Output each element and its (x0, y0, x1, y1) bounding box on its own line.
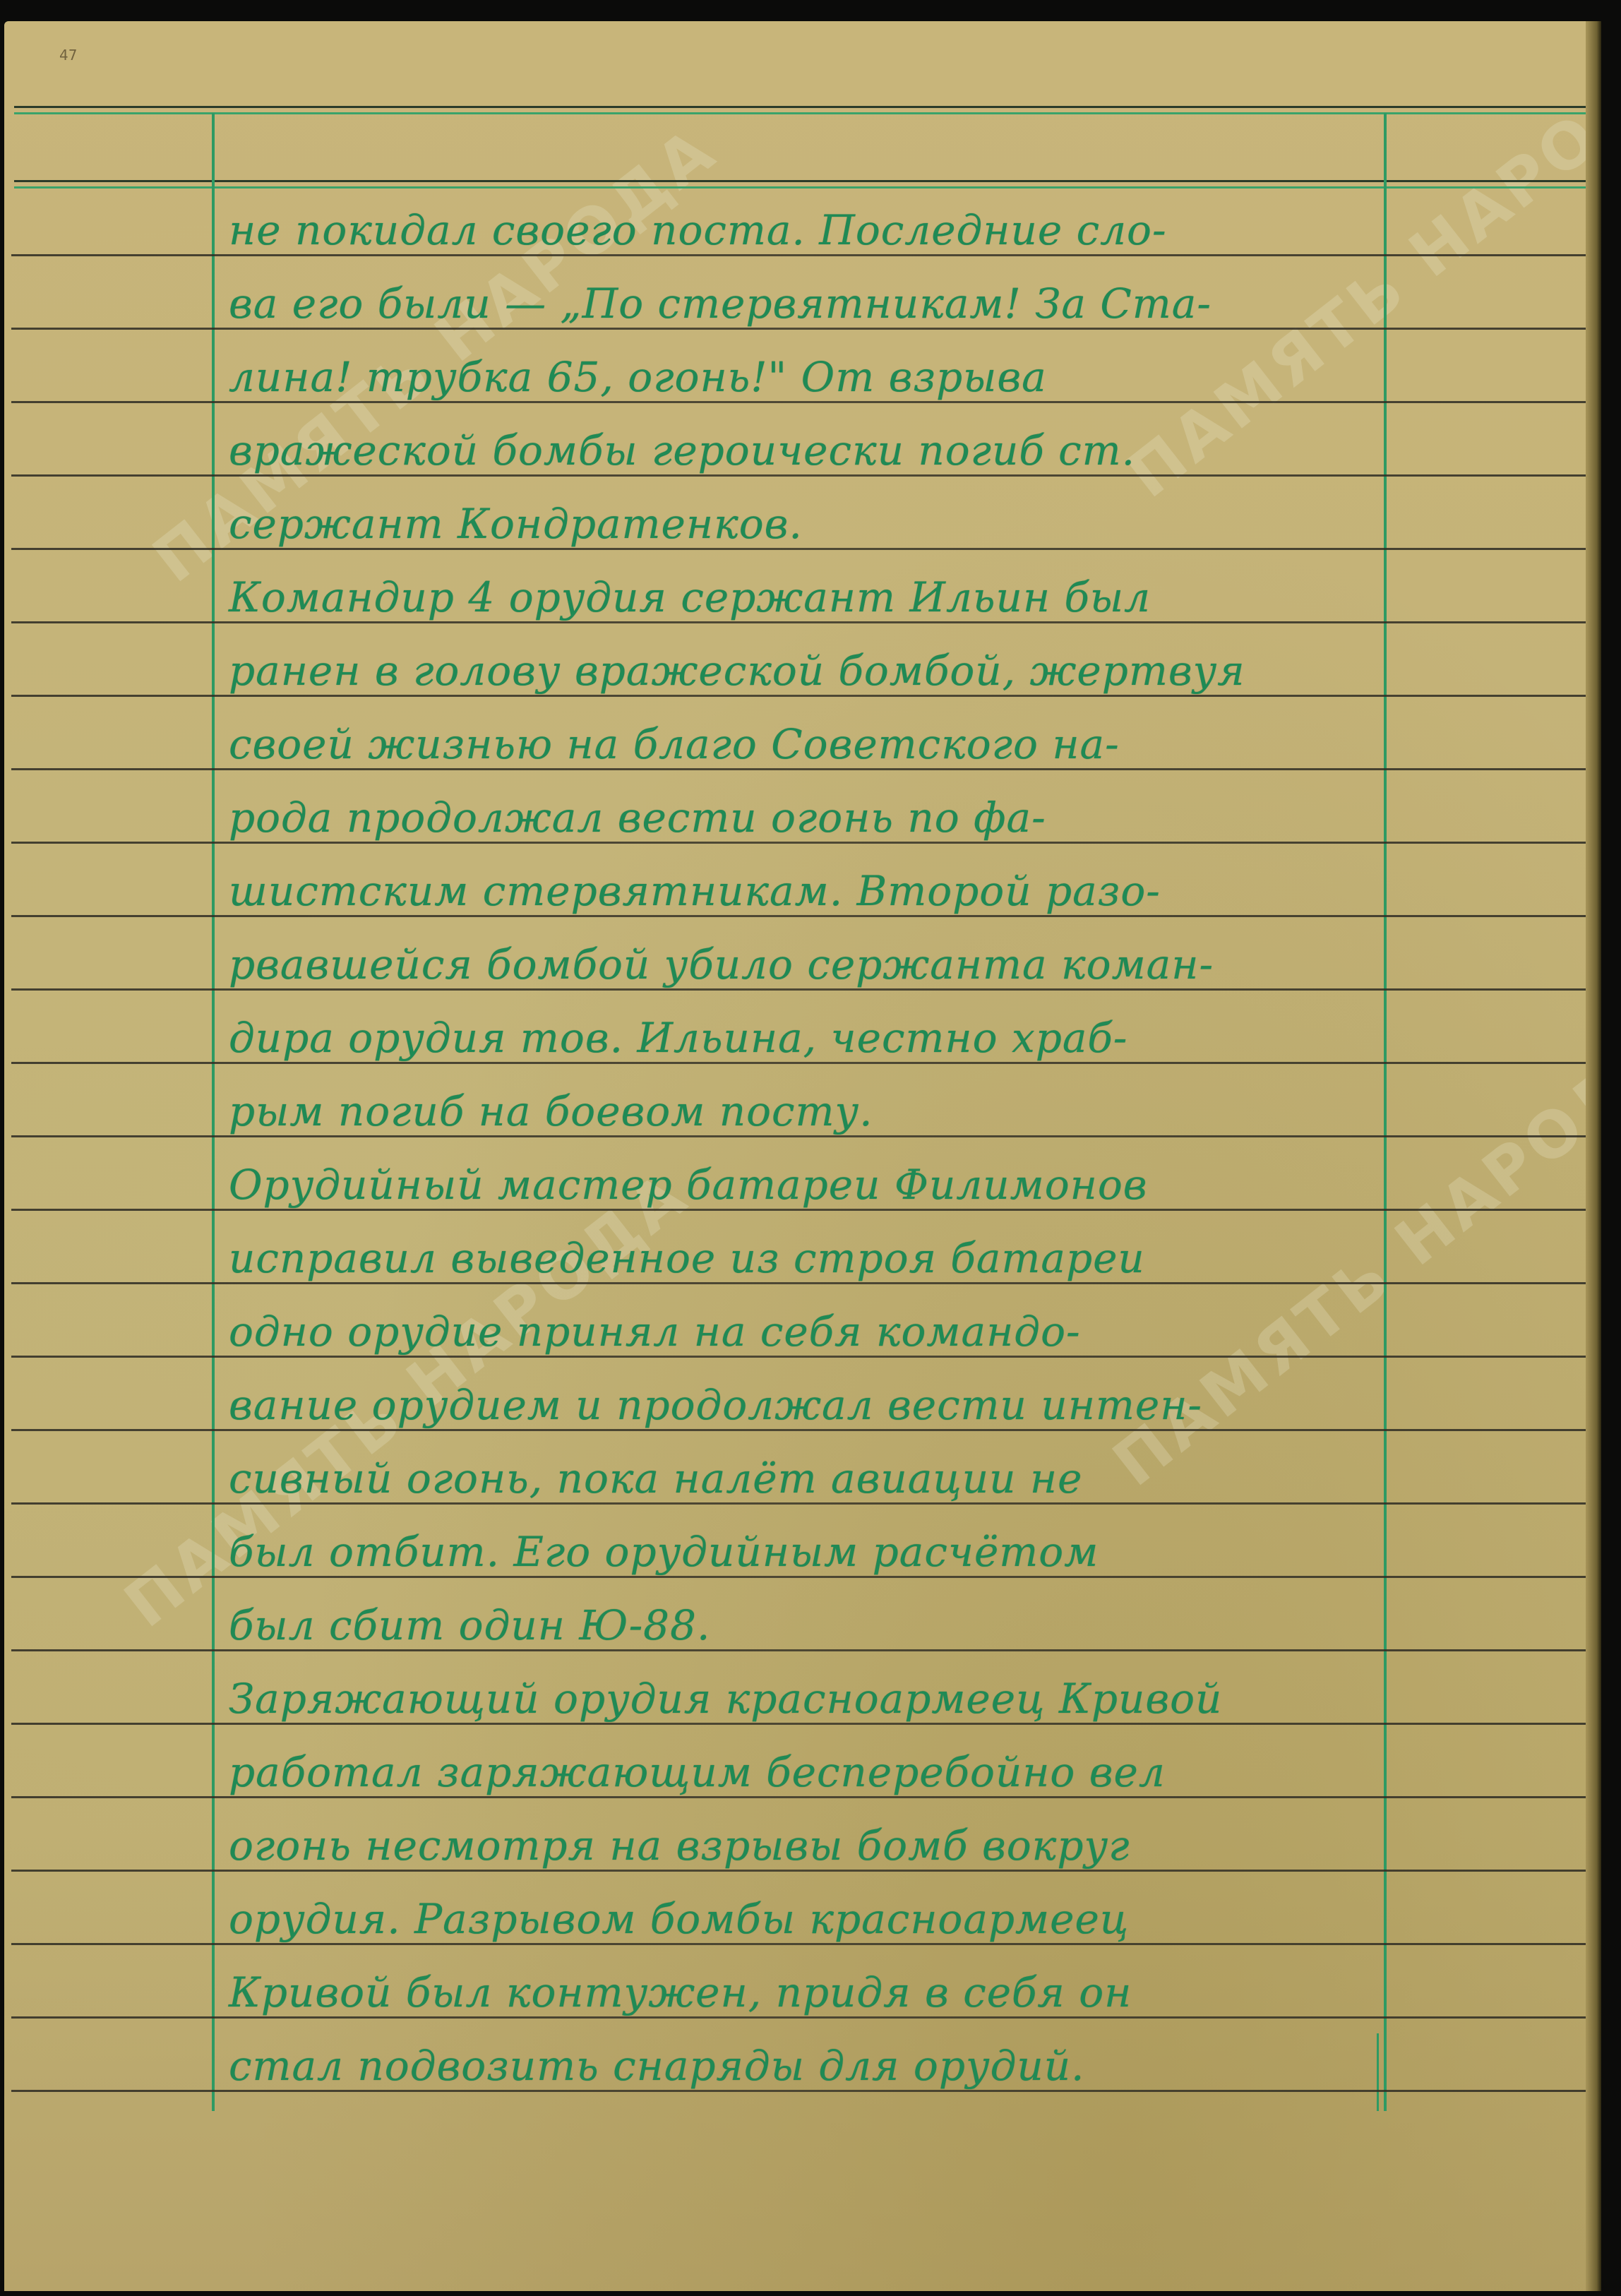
text-line: огонь несмотря на взрывы бомб вокруг (229, 1817, 1387, 1874)
text-line: шистским стервятникам. Второй разо- (229, 863, 1387, 919)
text-line: дира орудия тов. Ильина, честно храб- (229, 1010, 1387, 1066)
text-line: вражеской бомбы героически погиб ст. (229, 422, 1387, 479)
text-line: Кривой был контужен, придя в себя он (229, 1964, 1387, 2021)
text-line: своей жизнью на благо Советского на- (229, 716, 1387, 772)
text-line: был сбит один Ю-88. (229, 1597, 1387, 1654)
text-line: Командир 4 орудия сержант Ильин был (229, 569, 1387, 626)
text-line: стал подвозить снаряды для орудий. (229, 2038, 1387, 2094)
text-line: работал заряжающим бесперебойно вел (229, 1744, 1387, 1800)
text-line: вание орудием и продолжал вести интен- (229, 1377, 1387, 1433)
header-rule-bottom (14, 180, 1586, 182)
header-rule-top (14, 106, 1586, 108)
text-line: не покидал своего поста. Последние сло- (229, 202, 1387, 258)
text-line: ранен в голову вражеской бомбой, жертвуя (229, 642, 1387, 699)
text-line: лина! трубка 65, огонь!" От взрыва (229, 349, 1387, 405)
document-page: 47 ПАМЯТЬ НАРОДА ПАМЯТЬ НАРОДА ПАМЯТЬ НА… (4, 21, 1601, 2291)
page-edge (1586, 21, 1601, 2291)
page-number-mark: 47 (59, 47, 77, 64)
text-line: был отбит. Его орудийным расчётом (229, 1524, 1387, 1580)
text-line: сержант Кондратенков. (229, 496, 1387, 552)
text-line: сивный огонь, пока налёт авиации не (229, 1450, 1387, 1507)
text-line: рода продолжал вести огонь по фа- (229, 789, 1387, 846)
text-line: рым погиб на боевом посту. (229, 1083, 1387, 1140)
text-line: одно орудие принял на себя командо- (229, 1303, 1387, 1360)
text-line: орудия. Разрывом бомбы красноармеец (229, 1891, 1387, 1947)
text-line: исправил выведенное из строя батареи (229, 1230, 1387, 1286)
text-line: Орудийный мастер батареи Филимонов (229, 1156, 1387, 1213)
text-line: ва его были — „По стервятникам! За Ста- (229, 275, 1387, 332)
text-line: рвавшейся бомбой убило сержанта коман- (229, 936, 1387, 993)
left-margin-line (212, 113, 215, 2111)
text-line: Заряжающий орудия красноармеец Кривой (229, 1670, 1387, 1727)
